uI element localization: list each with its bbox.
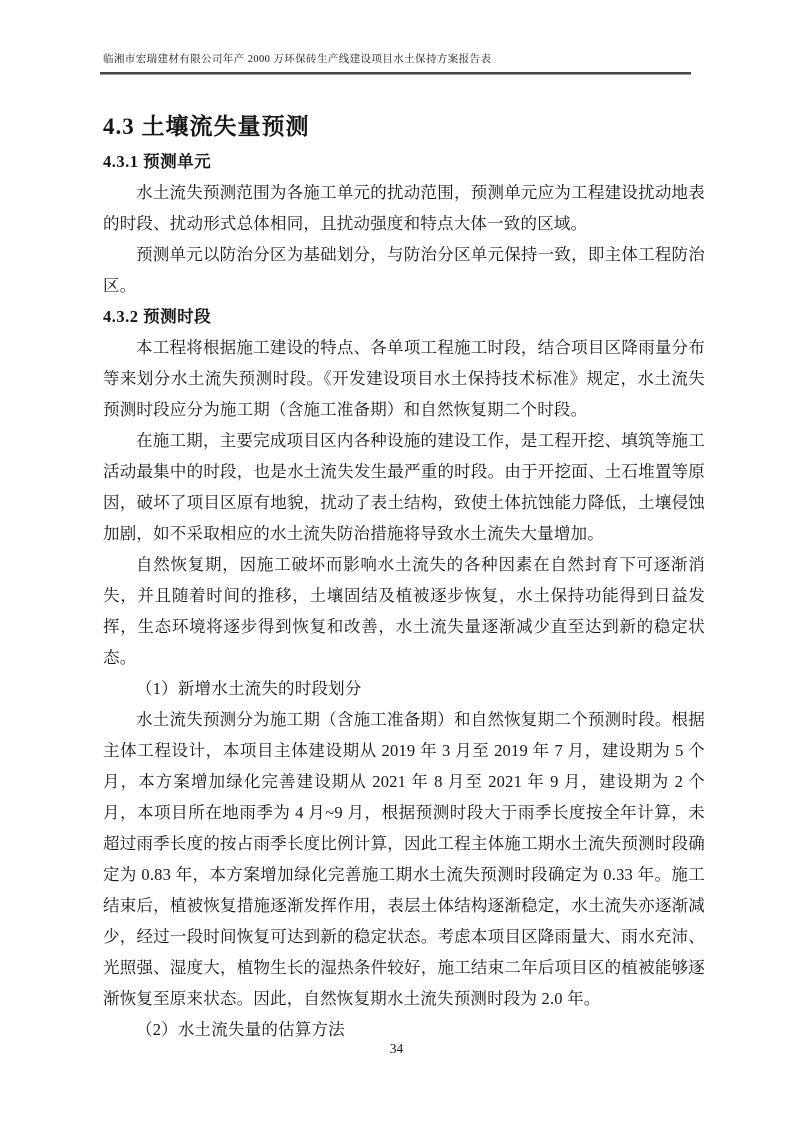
page-header: 临湘市宏瑞建材有限公司年产 2000 万环保砖生产线建设项目水土保持方案报告表 — [100, 52, 691, 74]
document-body: 4.3 土壤流失量预测 4.3.1 预测单元 水土流失预测范围为各施工单元的扰动… — [103, 112, 705, 1045]
page-number: 34 — [0, 1041, 793, 1057]
paragraph: 自然恢复期，因施工破坏而影响水土流失的各种因素在自然封育下可逐渐消失，并且随着时… — [103, 549, 705, 673]
document-page: 临湘市宏瑞建材有限公司年产 2000 万环保砖生产线建设项目水土保持方案报告表 … — [0, 0, 793, 1122]
subsection-title-4-3-2: 4.3.2 预测时段 — [103, 301, 705, 332]
paragraph: 在施工期，主要完成项目区内各种设施的建设工作，是工程开挖、填筑等施工活动最集中的… — [103, 425, 705, 549]
paragraph: 水土流失预测分为施工期（含施工准备期）和自然恢复期二个预测时段。根据主体工程设计… — [103, 704, 705, 1014]
paragraph: 预测单元以防治分区为基础划分，与防治分区单元保持一致，即主体工程防治区。 — [103, 239, 705, 301]
header-title: 临湘市宏瑞建材有限公司年产 2000 万环保砖生产线建设项目水土保持方案报告表 — [100, 52, 691, 67]
subsection-title-4-3-1: 4.3.1 预测单元 — [103, 146, 705, 177]
paragraph: 水土流失预测范围为各施工单元的扰动范围，预测单元应为工程建设扰动地表的时段、扰动… — [103, 177, 705, 239]
list-item-heading: （1）新增水土流失的时段划分 — [103, 673, 705, 704]
paragraph: 本工程将根据施工建设的特点、各单项工程施工时段，结合项目区降雨量分布等来划分水土… — [103, 332, 705, 425]
section-title: 4.3 土壤流失量预测 — [103, 112, 705, 142]
